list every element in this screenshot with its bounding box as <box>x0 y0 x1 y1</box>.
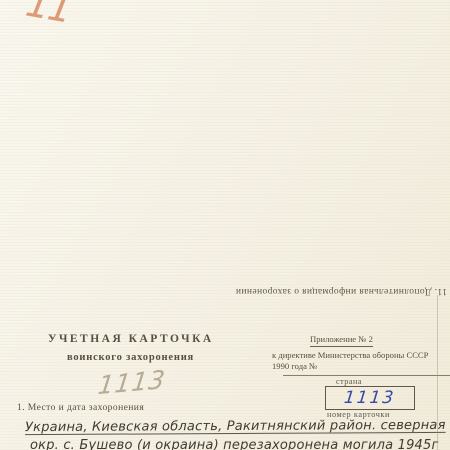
annex-number-line: Приложение № 2 <box>310 334 373 347</box>
pencil-number-note: 1113 <box>96 365 167 400</box>
card-number-value: 1113 <box>343 388 396 408</box>
handwritten-location-line2: окр. с. Бушево (и окраина) перезахоронен… <box>30 438 439 450</box>
card-subtitle: воинского захоронения <box>48 352 213 363</box>
card-title: УЧЕТНАЯ КАРТОЧКА <box>48 333 213 345</box>
annex-reference: Приложение № 2 к директиве Министерства … <box>272 334 422 372</box>
country-label: страна <box>336 377 362 386</box>
annex-year-line: 1990 года № <box>272 361 422 372</box>
handwritten-location-line1: Украина, Киевская область, Ракитнянский … <box>25 418 446 435</box>
section1-label: 1. Место и дата захоронения <box>17 402 144 413</box>
paper-crease-line <box>437 295 438 450</box>
annex-directive-line: к директиве Министерства обороны СССР <box>272 350 422 361</box>
upside-down-section-11-caption: 11. Дополнительная информация о захороне… <box>233 286 447 296</box>
divider-line <box>283 375 450 376</box>
card-heading: УЧЕТНАЯ КАРТОЧКА воинского захоронения <box>48 333 213 363</box>
card-number-box: 1113 <box>325 386 415 410</box>
scanned-burial-card: 11 11. Дополнительная информация о захор… <box>0 0 450 450</box>
orange-pencil-corner-mark: 11 <box>23 0 74 32</box>
